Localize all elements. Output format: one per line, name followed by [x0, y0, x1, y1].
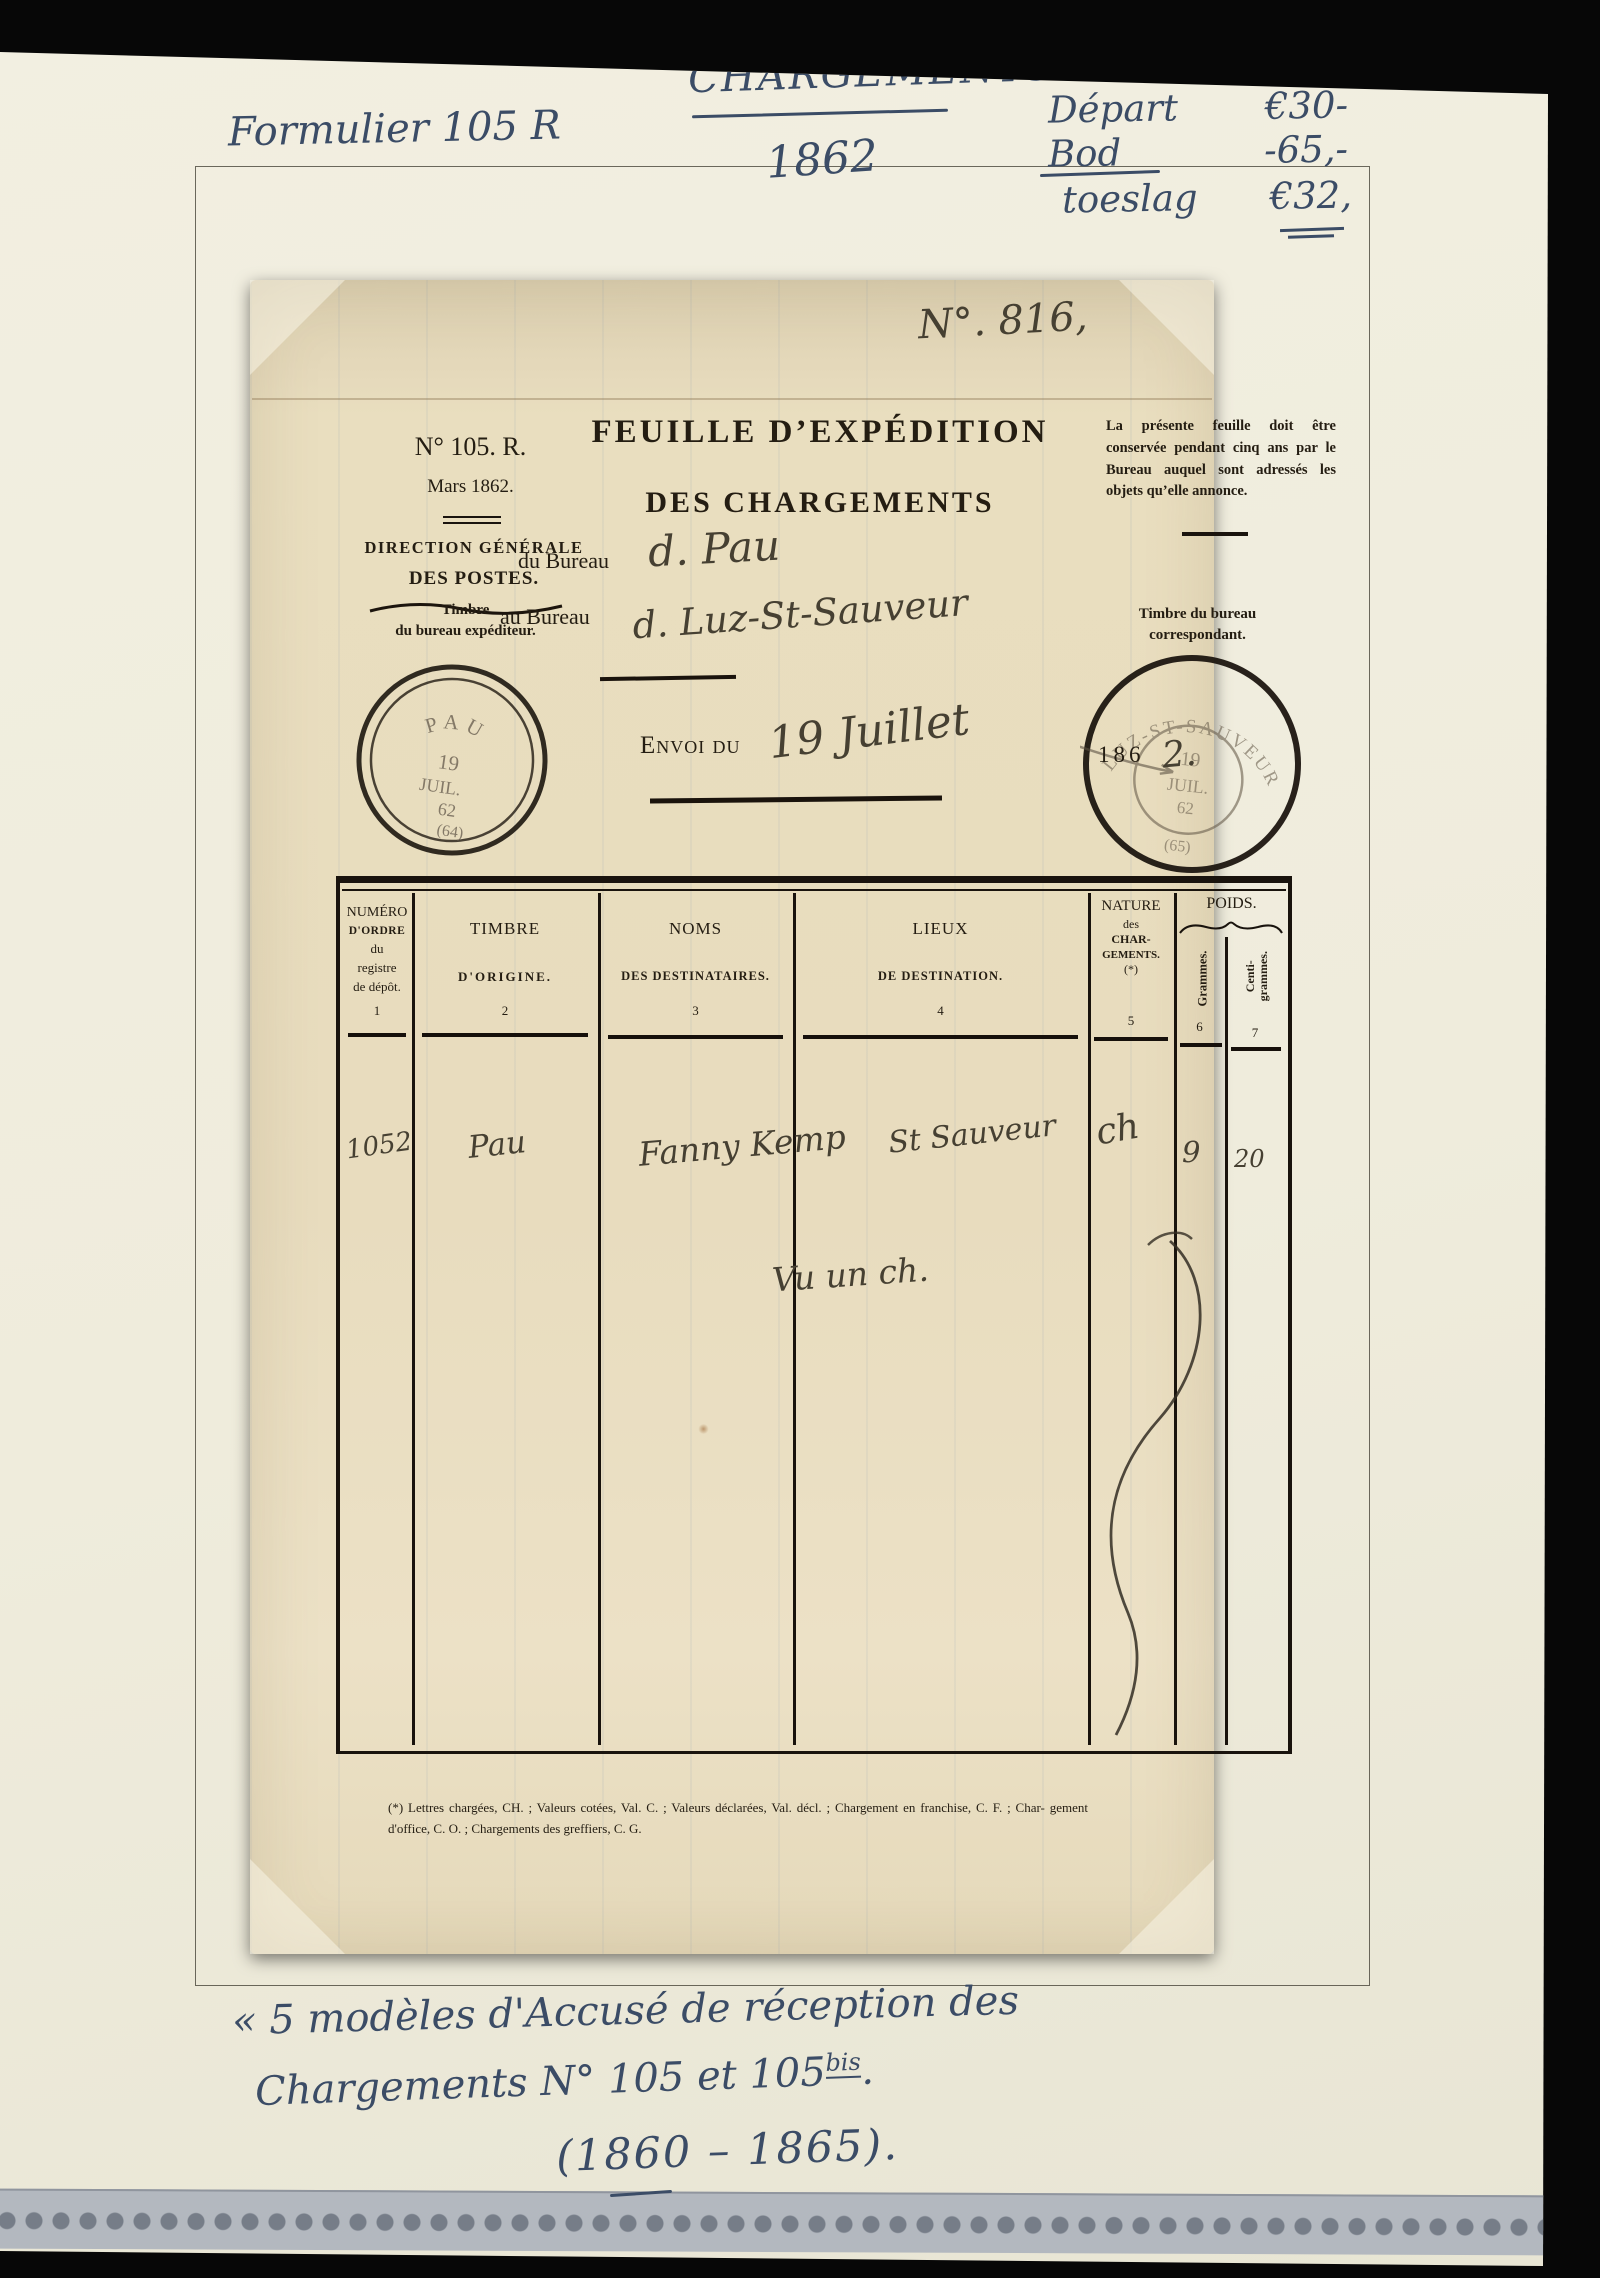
postmark-pau-town: PAU	[419, 705, 493, 746]
col1-l4: registre	[342, 959, 412, 978]
postmark-pau-year: 62	[437, 799, 458, 821]
bottom-note-line2-sup: bis	[825, 2048, 861, 2079]
postmark-luz-dept: (65)	[1163, 837, 1191, 857]
note-chargements-title: CHARGEMENTS	[687, 44, 1055, 103]
col1-l2: D'ORDRE	[342, 923, 412, 940]
col1-l3: du	[342, 940, 412, 959]
col3-rule	[608, 1035, 783, 1039]
col1-header: NUMÉRO D'ORDRE du registre de dépôt.	[342, 903, 412, 997]
note-toeslag-label: toeslag	[1062, 176, 1198, 221]
poids-grammes-label: Grammes.	[1196, 936, 1211, 1022]
table-divider-2	[598, 893, 601, 1745]
form-month: Mars 1862.	[393, 476, 548, 498]
poids-centi-l2: grammes.	[1257, 933, 1270, 1019]
col5-l1: NATURE	[1088, 897, 1174, 917]
doc-title-line1: FEUILLE D’EXPÉDITION	[555, 414, 1085, 451]
postmark-pau-day: 19	[437, 749, 461, 776]
col3-num: 3	[598, 1003, 793, 1019]
album-page: Formulier 105 R CHARGEMENTS 1862 Ravel 6…	[0, 0, 1600, 2278]
col4-num: 4	[793, 1003, 1088, 1019]
envoi-label: Envoi du	[640, 732, 741, 760]
row-grammes: 9	[1182, 1135, 1200, 1169]
svg-text:PAU: PAU	[419, 705, 493, 746]
bottom-note-line3: (1860 – 1865).	[555, 2120, 899, 2182]
poids-centigrammes-label: Centi- grammes.	[1244, 933, 1270, 1019]
bottom-note-line2: Chargements N° 105 et 105bis.	[254, 2047, 874, 2115]
postmark-luz-month: JUIL.	[1166, 774, 1209, 798]
album-binding-strip	[0, 2189, 1554, 2256]
note-chargements-underline	[692, 109, 948, 119]
col1-num: 1	[342, 1003, 412, 1019]
stamp-left-caption-line1: Timbre	[373, 600, 558, 621]
note-ravel-label: Ravel	[1048, 41, 1154, 86]
table-inner-top-line	[342, 889, 1286, 891]
col2-header-l1: TIMBRE	[412, 919, 598, 939]
stamp-right-caption-line1: Timbre du bureau	[1100, 604, 1295, 625]
col5-header: NATURE des CHAR- GEMENTS. (*)	[1088, 897, 1174, 978]
note-depart-value: €30-	[1264, 83, 1348, 127]
note-toeslag: toeslag €32,	[1062, 173, 1353, 221]
col5-l4: GEMENTS.	[1088, 948, 1174, 962]
table-divider-1	[412, 893, 415, 1745]
col4-header-l1: LIEUX	[793, 919, 1088, 939]
stamp-right-caption-line2: correspondant.	[1100, 625, 1295, 646]
postmark-pau: PAU 19 JUIL. 62 (64)	[342, 650, 562, 870]
bottom-note-line2-main: Chargements N° 105 et 105	[254, 2049, 826, 2115]
col6-rule	[1180, 1043, 1222, 1047]
col4-header-l2: DE DESTINATION.	[793, 969, 1088, 984]
row-timbre: Pau	[466, 1124, 527, 1166]
row-numero: 1052	[344, 1127, 414, 1166]
note-depart-label: Départ	[1048, 86, 1179, 131]
col5-l5: (*)	[1088, 962, 1174, 978]
note-bod-value: -65,-	[1264, 127, 1349, 171]
poids-centigrammes-num: 7	[1225, 1025, 1285, 1041]
row-centigrammes: 20	[1234, 1145, 1265, 1173]
form-number: N° 105. R.	[393, 432, 548, 462]
col2-header-l2: D'ORIGINE.	[412, 969, 598, 985]
stamp-left-caption: Timbre du bureau expéditeur.	[373, 600, 558, 642]
bottom-note-line1: « 5 modèles d'Accusé de réception des	[232, 1978, 1020, 2045]
paraph-flourish	[1030, 1223, 1250, 1753]
conservation-rule	[1182, 532, 1248, 536]
col1-rule	[348, 1033, 406, 1037]
footnote: (*) Lettres chargées, CH. ; Valeurs coté…	[388, 1798, 1088, 1840]
doc-number-handwritten: N°. 816,	[917, 294, 1089, 349]
stamp-left-caption-line2: du bureau expéditeur.	[373, 621, 558, 642]
col3-header-l2: DES DESTINATAIRES.	[598, 969, 793, 984]
col2-rule	[422, 1033, 588, 1037]
col3-header-l1: NOMS	[598, 919, 793, 939]
scanned-album-page: Formulier 105 R CHARGEMENTS 1862 Ravel 6…	[0, 0, 1600, 2278]
doc-title-line2: DES CHARGEMENTS	[555, 486, 1085, 520]
stamp-right-caption: Timbre du bureau correspondant.	[1100, 604, 1295, 646]
col5-l2: des	[1088, 917, 1174, 933]
poids-title: POIDS.	[1174, 895, 1289, 913]
col1-l5: de dépôt.	[342, 978, 412, 997]
row-nature: ch	[1093, 1106, 1143, 1154]
note-ravel-value: 6031.	[1242, 37, 1349, 82]
col1-l1: NUMÉRO	[342, 903, 412, 923]
postmark-pau-month: JUIL.	[418, 774, 462, 800]
col2-num: 2	[412, 1003, 598, 1019]
note-bod-label: Bod	[1048, 131, 1122, 175]
note-bod: Bod -65,-	[1048, 127, 1349, 175]
form-double-rule	[443, 516, 501, 524]
note-year: 1862	[764, 130, 879, 189]
footnote-line1: (*) Lettres chargées, CH. ; Valeurs coté…	[388, 1800, 1045, 1815]
bottom-note-line2-end: .	[860, 2048, 874, 2094]
table-divider-3	[793, 893, 796, 1745]
postmark-luz-year: 62	[1176, 798, 1195, 819]
envoi-year-handwritten: 2.	[1160, 733, 1198, 777]
col5-rule	[1094, 1037, 1168, 1041]
note-ravel: Ravel 6031.	[1048, 37, 1349, 85]
squiggle-stroke	[1095, 14, 1565, 76]
envoi-year-printed: 186	[1098, 742, 1145, 768]
note-toeslag-value: €32,	[1269, 173, 1352, 217]
col7-rule	[1231, 1047, 1281, 1051]
conservation-note: La présente feuille doit être conservée …	[1106, 416, 1336, 503]
col5-num: 5	[1088, 1013, 1174, 1029]
from-bureau-value: d. Pau	[647, 521, 781, 577]
poids-grammes-num: 6	[1174, 1019, 1225, 1035]
col5-l3: CHAR-	[1088, 932, 1174, 948]
document-crease	[252, 398, 1212, 400]
note-formulier: Formulier 105 R	[228, 103, 562, 156]
col4-rule	[803, 1035, 1078, 1039]
note-depart: Départ €30-	[1048, 83, 1349, 131]
from-bureau-label: du Bureau	[518, 548, 609, 574]
chargements-table: NUMÉRO D'ORDRE du registre de dépôt. 1 T…	[336, 876, 1292, 1754]
